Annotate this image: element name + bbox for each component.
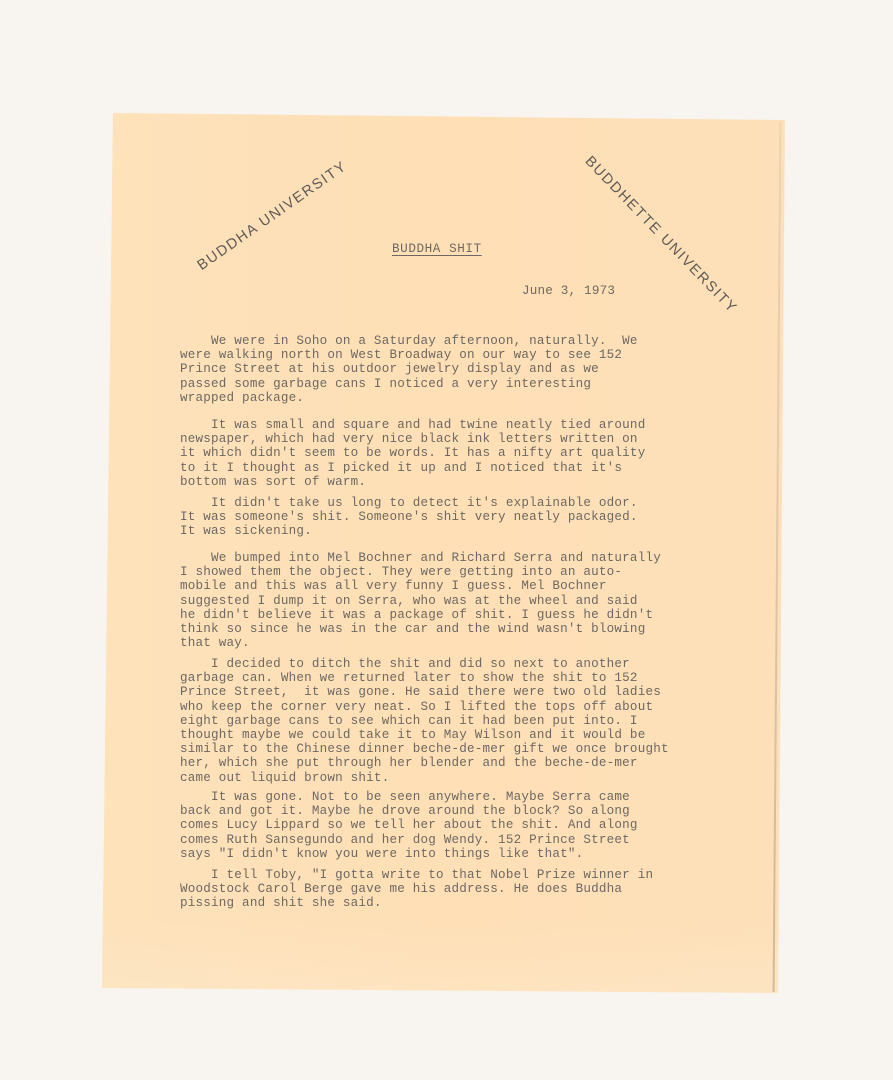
paragraph-4: We bumped into Mel Bochner and Richard S… xyxy=(180,551,661,650)
text-line: newspaper, which had very nice black ink… xyxy=(180,432,645,446)
text-line: back and got it. Maybe he drove around t… xyxy=(180,804,638,818)
text-line: her, which she put through her blender a… xyxy=(180,756,669,770)
text-line: Prince Street, it was gone. He said ther… xyxy=(180,685,669,699)
text-line: came out liquid brown shit. xyxy=(180,771,669,785)
paragraph-2: It was small and square and had twine ne… xyxy=(180,418,645,489)
text-line: It was someone's shit. Someone's shit ve… xyxy=(180,510,638,524)
text-line: It didn't take us long to detect it's ex… xyxy=(180,496,638,510)
text-line: comes Ruth Sansegundo and her dog Wendy.… xyxy=(180,833,638,847)
text-line: I showed them the object. They were gett… xyxy=(180,565,661,579)
text-line: eight garbage cans to see which can it h… xyxy=(180,714,669,728)
text-line: who keep the corner very neat. So I lift… xyxy=(180,700,669,714)
text-line: It was small and square and had twine ne… xyxy=(180,418,645,432)
text-line: mobile and this was all very funny I gue… xyxy=(180,579,661,593)
text-line: think so since he was in the car and the… xyxy=(180,622,661,636)
text-line: that way. xyxy=(180,636,661,650)
text-line: thought maybe we could take it to May Wi… xyxy=(180,728,669,742)
text-line: bottom was sort of warm. xyxy=(180,475,645,489)
text-line: It was gone. Not to be seen anywhere. Ma… xyxy=(180,790,638,804)
text-line: We were in Soho on a Saturday afternoon,… xyxy=(180,334,638,348)
text-line: similar to the Chinese dinner beche-de-m… xyxy=(180,742,669,756)
document-date: June 3, 1973 xyxy=(522,284,615,298)
text-line: passed some garbage cans I noticed a ver… xyxy=(180,377,638,391)
text-line: it which didn't seem to be words. It has… xyxy=(180,446,645,460)
text-line: to it I thought as I picked it up and I … xyxy=(180,461,645,475)
paragraph-6: It was gone. Not to be seen anywhere. Ma… xyxy=(180,790,638,861)
text-line: I decided to ditch the shit and did so n… xyxy=(180,657,669,671)
text-line: he didn't believe it was a package of sh… xyxy=(180,608,661,622)
text-line: Woodstock Carol Berge gave me his addres… xyxy=(180,882,653,896)
text-line: wrapped package. xyxy=(180,391,638,405)
text-line: comes Lucy Lippard so we tell her about … xyxy=(180,818,638,832)
text-line: pissing and shit she said. xyxy=(180,896,653,910)
paragraph-7: I tell Toby, "I gotta write to that Nobe… xyxy=(180,868,653,911)
paper-shading xyxy=(0,0,893,1080)
text-line: I tell Toby, "I gotta write to that Nobe… xyxy=(180,868,653,882)
paragraph-5: I decided to ditch the shit and did so n… xyxy=(180,657,669,785)
paragraph-3: It didn't take us long to detect it's ex… xyxy=(180,496,638,539)
text-line: Prince Street at his outdoor jewelry dis… xyxy=(180,362,638,376)
text-line: says "I didn't know you were into things… xyxy=(180,847,638,861)
text-line: It was sickening. xyxy=(180,524,638,538)
paragraph-1: We were in Soho on a Saturday afternoon,… xyxy=(180,334,638,405)
text-line: garbage can. When we returned later to s… xyxy=(180,671,669,685)
text-line: suggested I dump it on Serra, who was at… xyxy=(180,594,661,608)
text-line: were walking north on West Broadway on o… xyxy=(180,348,638,362)
document-title: BUDDHA SHIT xyxy=(392,242,482,256)
text-line: We bumped into Mel Bochner and Richard S… xyxy=(180,551,661,565)
